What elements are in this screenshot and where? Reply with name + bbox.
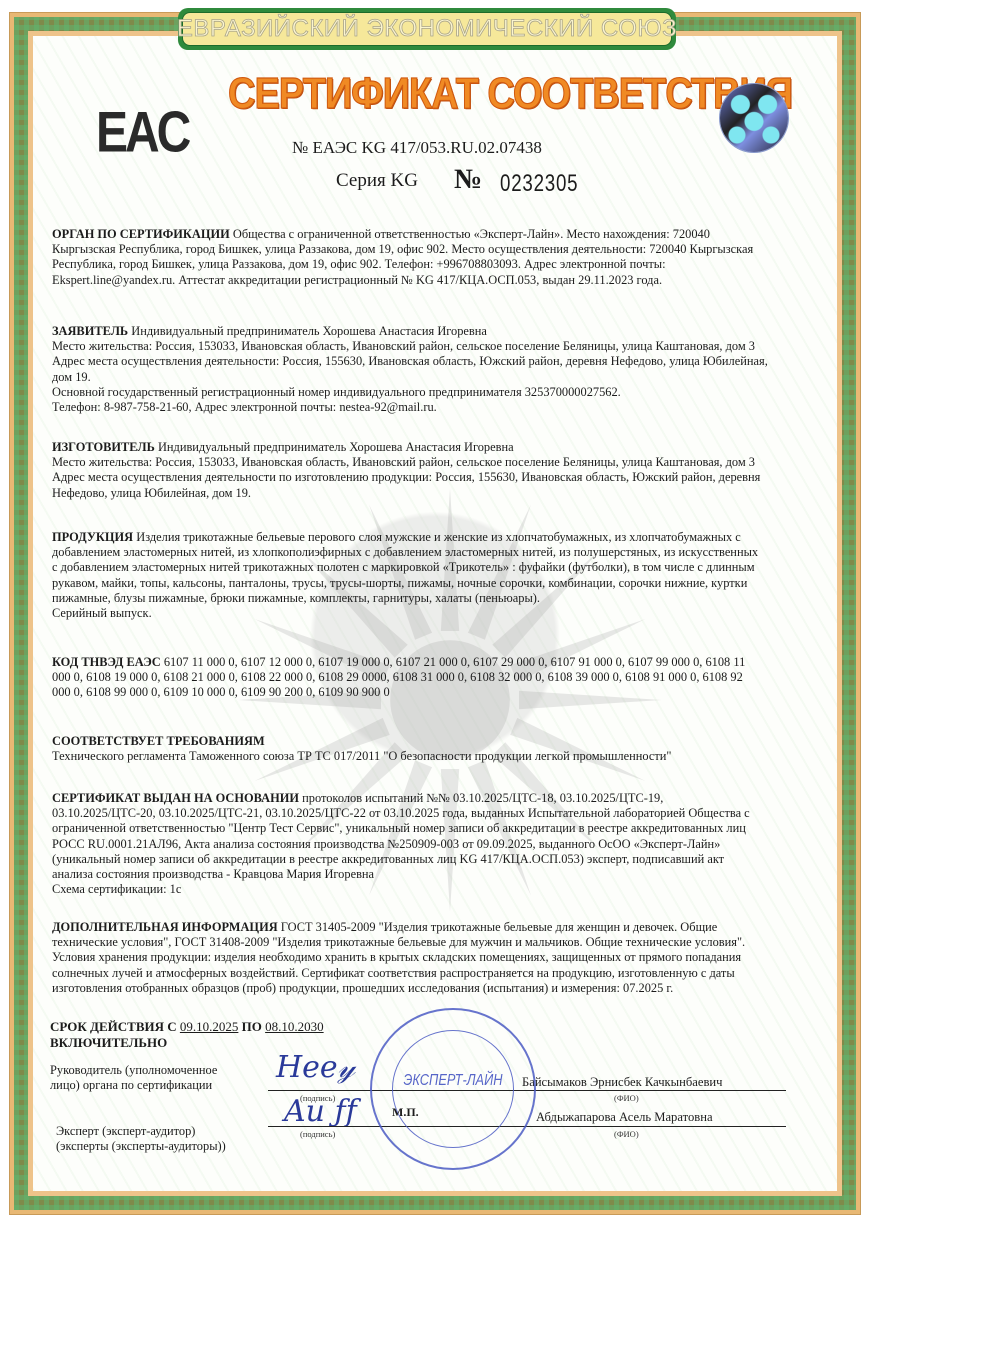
additional-info-section: ДОПОЛНИТЕЛЬНАЯ ИНФОРМАЦИЯ ГОСТ 31405-200… — [52, 920, 822, 996]
section-label: ИЗГОТОВИТЕЛЬ — [52, 440, 155, 454]
section-label: ПРОДУКЦИЯ — [52, 530, 133, 544]
head-of-body-label: Руководитель (уполномоченное лицо) орган… — [50, 1063, 217, 1093]
expert-name: Абдыжапарова Асель Маратовна — [536, 1110, 713, 1125]
manufacturer-section: ИЗГОТОВИТЕЛЬ Индивидуальный предпринимат… — [52, 440, 822, 501]
registration-number: № ЕАЭС KG 417/053.RU.02.07438 — [292, 138, 542, 158]
section-label: СЕРТИФИКАТ ВЫДАН НА ОСНОВАНИИ — [52, 791, 299, 805]
product-section: ПРОДУКЦИЯ Изделия трикотажные бельевые п… — [52, 530, 822, 621]
validity-period: СРОК ДЕЙСТВИЯ С 09.10.2025 ПО 08.10.2030… — [50, 1019, 324, 1051]
head-name: Байсымаков Эрнисбек Качкынбаевич — [522, 1075, 722, 1090]
valid-to-date: 08.10.2030 — [265, 1019, 324, 1034]
section-label: ДОПОЛНИТЕЛЬНАЯ ИНФОРМАЦИЯ — [52, 920, 278, 934]
section-label: СООТВЕТСТВУЕТ ТРЕБОВАНИЯМ — [52, 734, 822, 749]
expert-signature-line — [268, 1126, 786, 1127]
hologram-seal-icon — [720, 84, 788, 152]
section-label: ОРГАН ПО СЕРТИФИКАЦИИ — [52, 227, 230, 241]
union-name-plate: ЕВРАЗИЙСКИЙ ЭКОНОМИЧЕСКИЙ СОЮЗ — [178, 8, 676, 50]
head-signature: Hee𝓎 — [276, 1050, 355, 1085]
blank-number: 0232305 — [500, 170, 578, 198]
series-label: Серия KG — [336, 170, 418, 192]
seal-mark: М.П. — [392, 1105, 419, 1120]
valid-from-date: 09.10.2025 — [180, 1019, 239, 1034]
section-label: ЗАЯВИТЕЛЬ — [52, 324, 128, 338]
conformity-section: СООТВЕТСТВУЕТ ТРЕБОВАНИЯМ Технического р… — [52, 734, 822, 764]
section-label: КОД ТНВЭД ЕАЭС — [52, 655, 161, 669]
union-name: ЕВРАЗИЙСКИЙ ЭКОНОМИЧЕСКИЙ СОЮЗ — [177, 15, 677, 43]
certificate-title: СЕРТИФИКАТ СООТВЕТСТВИЯ — [228, 70, 648, 119]
basis-section: СЕРТИФИКАТ ВЫДАН НА ОСНОВАНИИ протоколов… — [52, 791, 822, 897]
expert-label: Эксперт (эксперт-аудитор) (эксперты (экс… — [56, 1124, 226, 1154]
applicant-section: ЗАЯВИТЕЛЬ Индивидуальный предприниматель… — [52, 324, 822, 415]
eac-mark-icon: EAC — [96, 100, 188, 166]
certification-body-section: ОРГАН ПО СЕРТИФИКАЦИИ Общества с огранич… — [52, 227, 822, 288]
official-stamp-icon: ЭКСПЕРТ-ЛАЙН — [370, 1008, 536, 1170]
hs-codes-section: КОД ТНВЭД ЕАЭС 6107 11 000 0, 6107 12 00… — [52, 655, 822, 701]
number-sign: № — [454, 164, 482, 196]
